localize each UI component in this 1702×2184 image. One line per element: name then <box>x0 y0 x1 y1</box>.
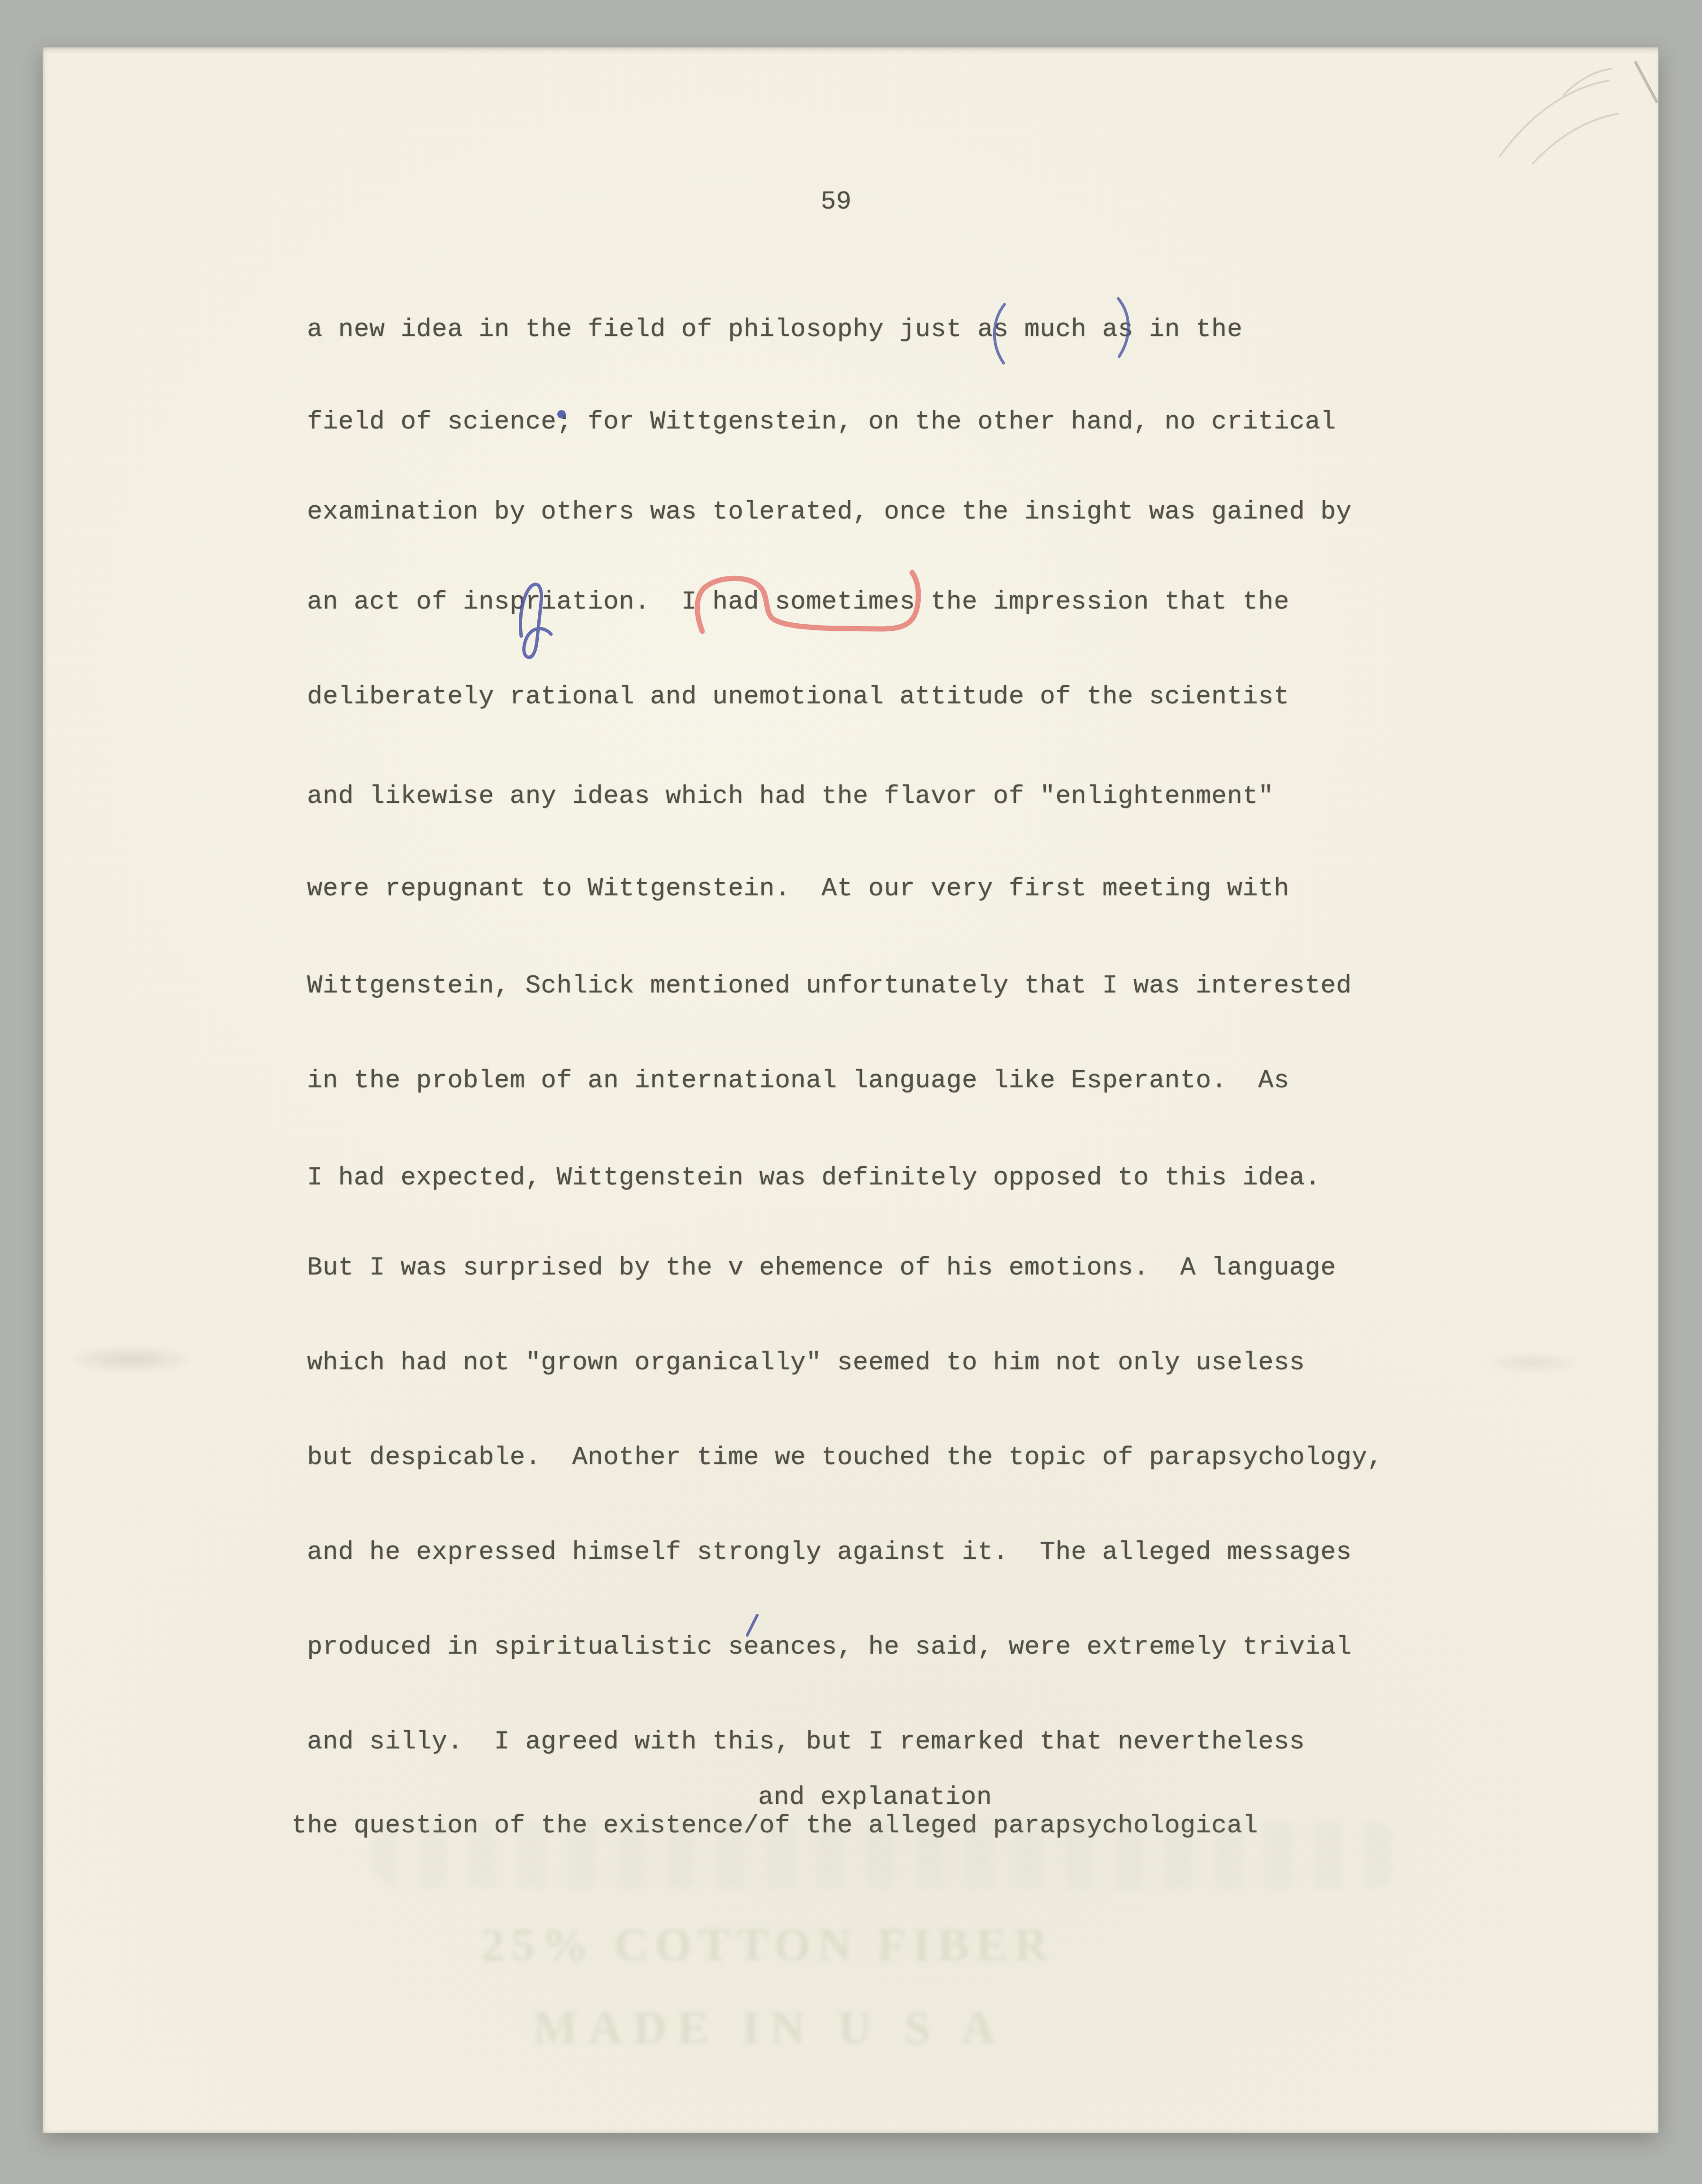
manuscript-page: 59 a new idea in the field of philosophy… <box>43 47 1658 2133</box>
typed-line: in the problem of an international langu… <box>307 1066 1289 1095</box>
scan-background: 59 a new idea in the field of philosophy… <box>0 0 1702 2184</box>
inserted-text-line: and explanation <box>758 1783 992 1812</box>
typed-line: which had not "grown organically" seemed… <box>307 1348 1305 1377</box>
typed-line: a new idea in the field of philosophy ju… <box>307 315 1242 344</box>
typed-line: field of science; for Wittgenstein, on t… <box>307 408 1336 437</box>
typed-line: and he expressed himself strongly agains… <box>307 1538 1352 1567</box>
page-number: 59 <box>821 188 851 217</box>
typed-line: but despicable. Another time we touched … <box>307 1443 1383 1472</box>
typed-line: examination by others was tolerated, onc… <box>307 498 1352 527</box>
typed-line: But I was surprised by the v ehemence of… <box>307 1254 1336 1283</box>
typed-line: an act of inspriation. I had sometimes t… <box>307 588 1289 617</box>
typed-line: deliberately rational and unemotional at… <box>307 682 1289 711</box>
typed-line: Wittgenstein, Schlick mentioned unfortun… <box>307 972 1352 1001</box>
margin-smudge-right <box>1483 1352 1583 1374</box>
watermark-cotton-fiber: 25% COTTON FIBER <box>481 1917 1055 1972</box>
typed-line: and silly. I agreed with this, but I rem… <box>307 1728 1305 1756</box>
typed-line: produced in spiritualistic seances, he s… <box>307 1633 1352 1662</box>
margin-smudge-left <box>64 1345 197 1374</box>
watermark-blur-band <box>370 1822 1403 1889</box>
watermark-made-in-usa: MADE IN U S A <box>533 2000 1005 2055</box>
typed-line: were repugnant to Wittgenstein. At our v… <box>307 874 1289 903</box>
typed-line: and likewise any ideas which had the fla… <box>307 782 1274 811</box>
typed-line: I had expected, Wittgenstein was definit… <box>307 1164 1321 1192</box>
